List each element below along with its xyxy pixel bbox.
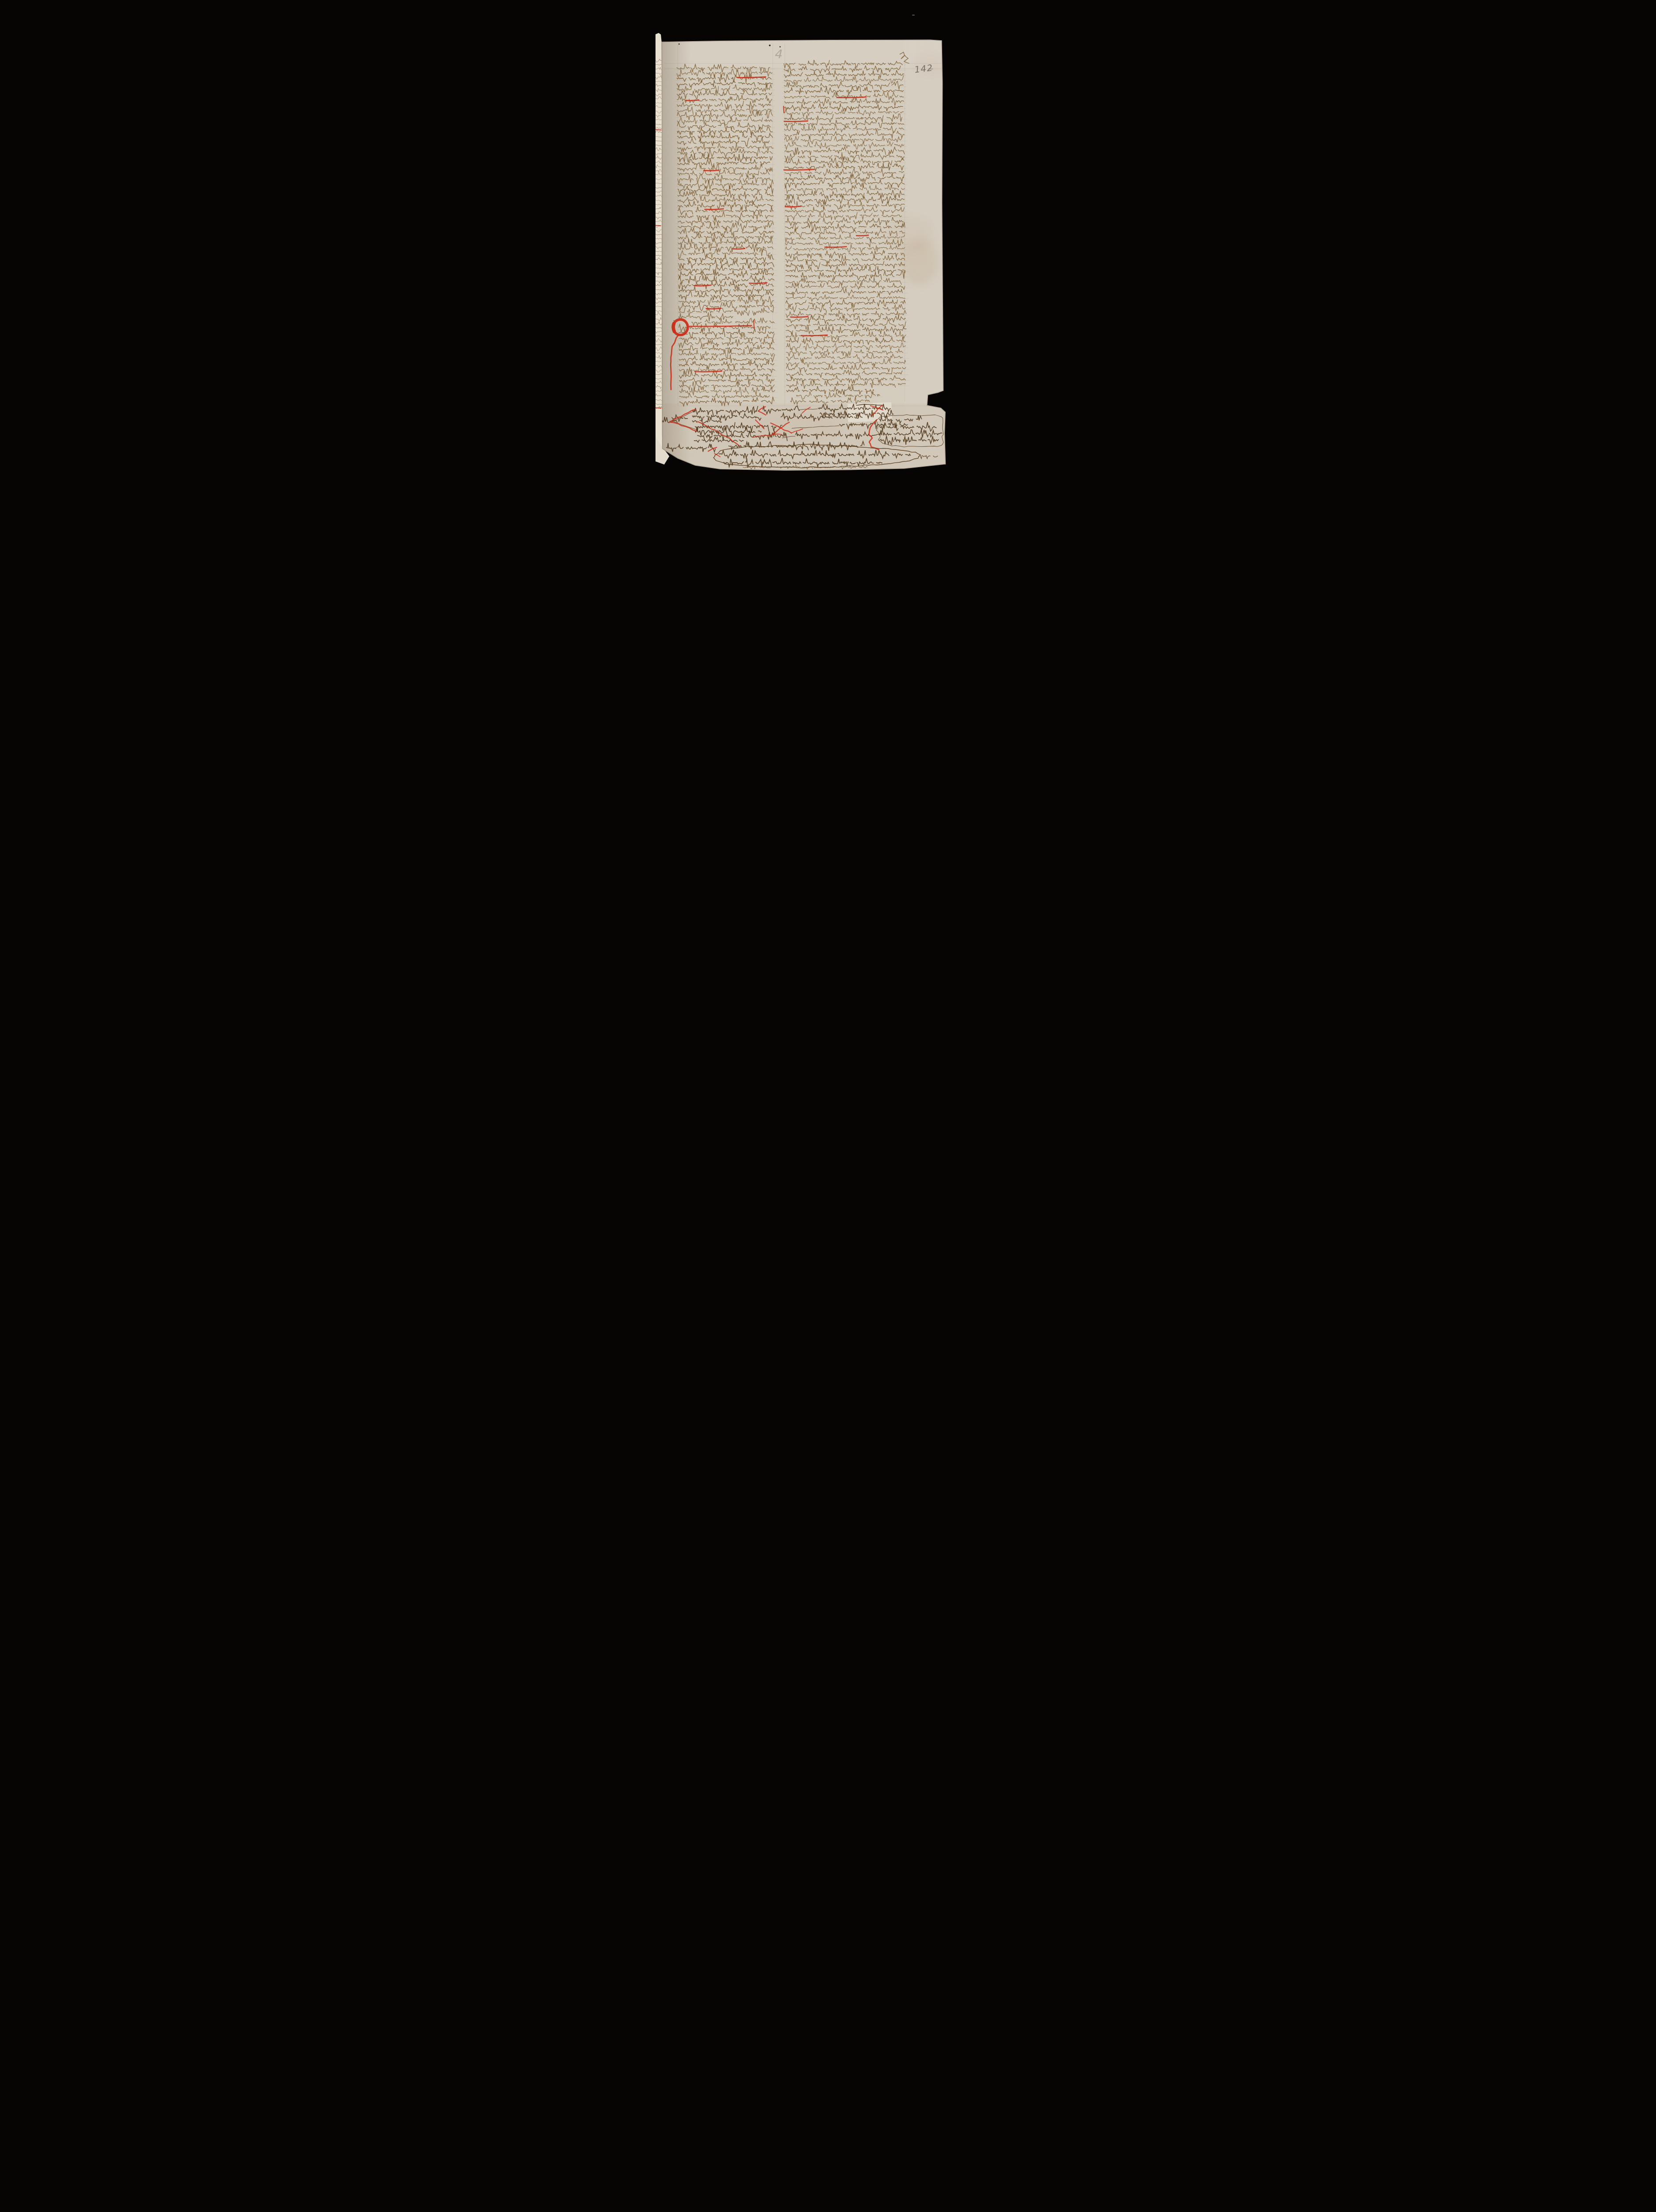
red-underline: [732, 249, 745, 249]
red-underline: [785, 206, 801, 207]
red-underline: [790, 317, 808, 317]
rubricator-guide-letter: [673, 320, 675, 322]
red-underline: [706, 308, 721, 309]
red-underline: [686, 100, 699, 100]
red-underline: [856, 235, 868, 236]
red-underline: [749, 283, 767, 283]
red-underline: [784, 169, 814, 170]
red-underline: [837, 97, 866, 98]
red-underline: [784, 121, 808, 122]
wormhole: [779, 46, 781, 47]
red-paraph-tick: [783, 106, 784, 113]
red-underline: [704, 170, 719, 171]
wormhole: [678, 43, 680, 45]
quire-mark: 4: [775, 47, 783, 61]
strip-red-dash: [655, 130, 661, 130]
strip-red-dash: [655, 408, 661, 408]
dust-speck: [912, 15, 914, 15]
wormhole: [769, 45, 770, 46]
red-paraph-tick: [754, 320, 754, 329]
red-underline: [801, 335, 827, 336]
manuscript-photo: 142 4: [655, 0, 1000, 518]
red-underline: [705, 209, 723, 209]
red-underline: [825, 247, 847, 248]
red-underline: [695, 371, 721, 372]
red-underline: [737, 77, 766, 78]
manuscript-photo-canvas: 142 4: [655, 0, 1000, 518]
strip-red-dash: [655, 225, 661, 226]
folio-number: 142: [914, 62, 934, 75]
initial-q-bowl-thick-side: [673, 323, 674, 331]
red-underline: [694, 285, 711, 286]
